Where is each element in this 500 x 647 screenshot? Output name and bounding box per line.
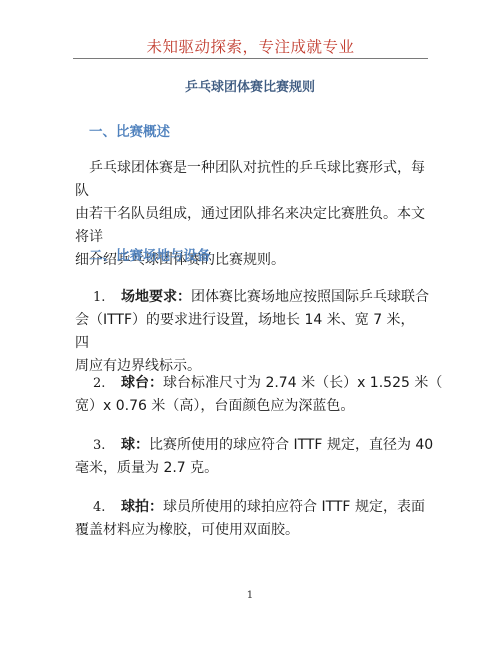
document-page: 未知驱动探索，专注成就专业 乒乓球团体赛比赛规则 一、比赛概述 乒乓球团体赛是一…	[0, 0, 500, 647]
list-number: 4.	[93, 496, 109, 519]
list-number: 1.	[93, 286, 109, 309]
list-item-ball: 3.球：比赛所使用的球应符合 ITTF 规定，直径为 40 毫米，质量为 2.7…	[75, 434, 420, 480]
overview-line-1: 乒乓球团体赛是一种团队对抗性的乒乓球比赛形式，每队	[75, 157, 435, 203]
header-banner: 未知驱动探索，专注成就专业	[73, 37, 428, 57]
list-term: 球台：	[121, 375, 163, 391]
document-title: 乒乓球团体赛比赛规则	[0, 78, 500, 98]
overview-line-2: 由若干名队员组成，通过团队排名来决定比赛胜负。本文将详	[75, 203, 435, 249]
list-term: 球拍：	[121, 499, 163, 515]
list-term: 球：	[121, 437, 149, 453]
list-item-table: 2.球台：球台标准尺寸为 2.74 米（长）x 1.525 米（ 宽）x 0.7…	[75, 372, 420, 418]
list-number: 3.	[93, 434, 109, 457]
list-term: 场地要求：	[121, 289, 191, 305]
page-number: 1	[0, 589, 500, 601]
list-item-venue: 1.场地要求：团体赛比赛场地应按照国际乒乓球联合 会（ITTF）的要求进行设置，…	[75, 286, 420, 378]
header-divider	[73, 58, 428, 59]
section-heading-overview: 一、比赛概述	[89, 122, 170, 142]
list-number: 2.	[93, 372, 109, 395]
section-heading-venue-equipment: 二、比赛场地与设备	[89, 246, 211, 266]
list-item-racket: 4.球拍：球员所使用的球拍应符合 ITTF 规定，表面 覆盖材料应为橡胶，可使用…	[75, 496, 420, 542]
